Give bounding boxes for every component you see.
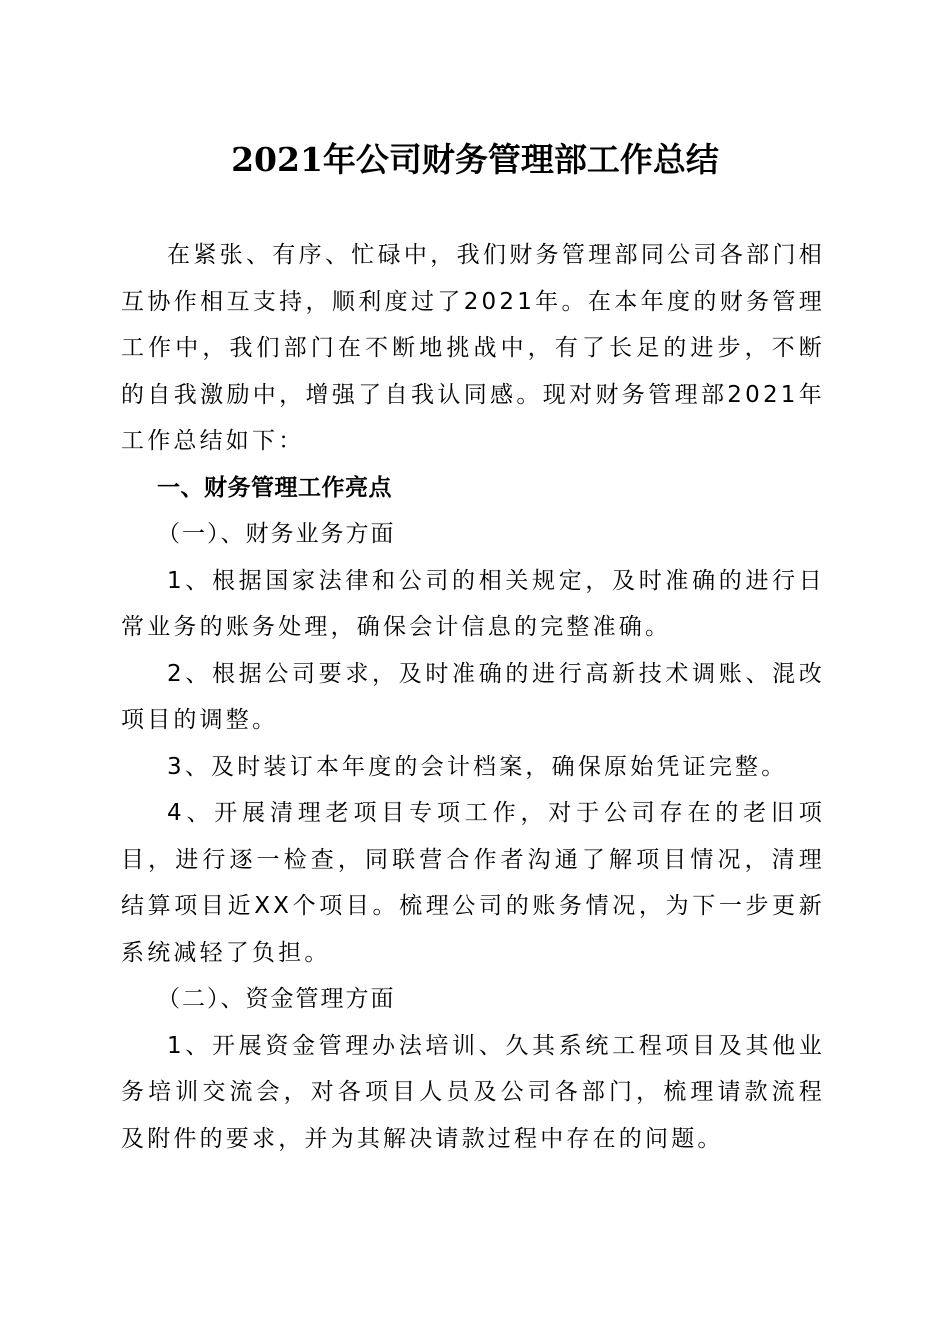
fund-list-item-1: 1、开展资金管理办法培训、久其系统工程项目及其他业务培训交流会，对各项目人员及公… — [121, 1023, 825, 1163]
document-page: 2021年公司财务管理部工作总结 在紧张、有序、忙碌中，我们财务管理部同公司各部… — [0, 0, 950, 1344]
document-title: 2021年公司财务管理部工作总结 — [0, 136, 950, 184]
subsection-heading-fund-management: （二）、资金管理方面 — [121, 976, 825, 1023]
list-item-2: 2、根据公司要求，及时准确的进行高新技术调账、混改项目的调整。 — [121, 651, 825, 744]
section-heading-highlights: 一、财务管理工作亮点 — [121, 465, 825, 512]
subsection-heading-finance-business: （一）、财务业务方面 — [121, 511, 825, 558]
list-item-1: 1、根据国家法律和公司的相关规定，及时准确的进行日常业务的账务处理，确保会计信息… — [121, 558, 825, 651]
document-body: 在紧张、有序、忙碌中，我们财务管理部同公司各部门相互协作相互支持，顺利度过了20… — [121, 232, 825, 1162]
intro-paragraph: 在紧张、有序、忙碌中，我们财务管理部同公司各部门相互协作相互支持，顺利度过了20… — [121, 232, 825, 465]
list-item-4: 4、开展清理老项目专项工作，对于公司存在的老旧项目，进行逐一检查，同联营合作者沟… — [121, 790, 825, 976]
list-item-3: 3、及时装订本年度的会计档案，确保原始凭证完整。 — [121, 744, 825, 791]
